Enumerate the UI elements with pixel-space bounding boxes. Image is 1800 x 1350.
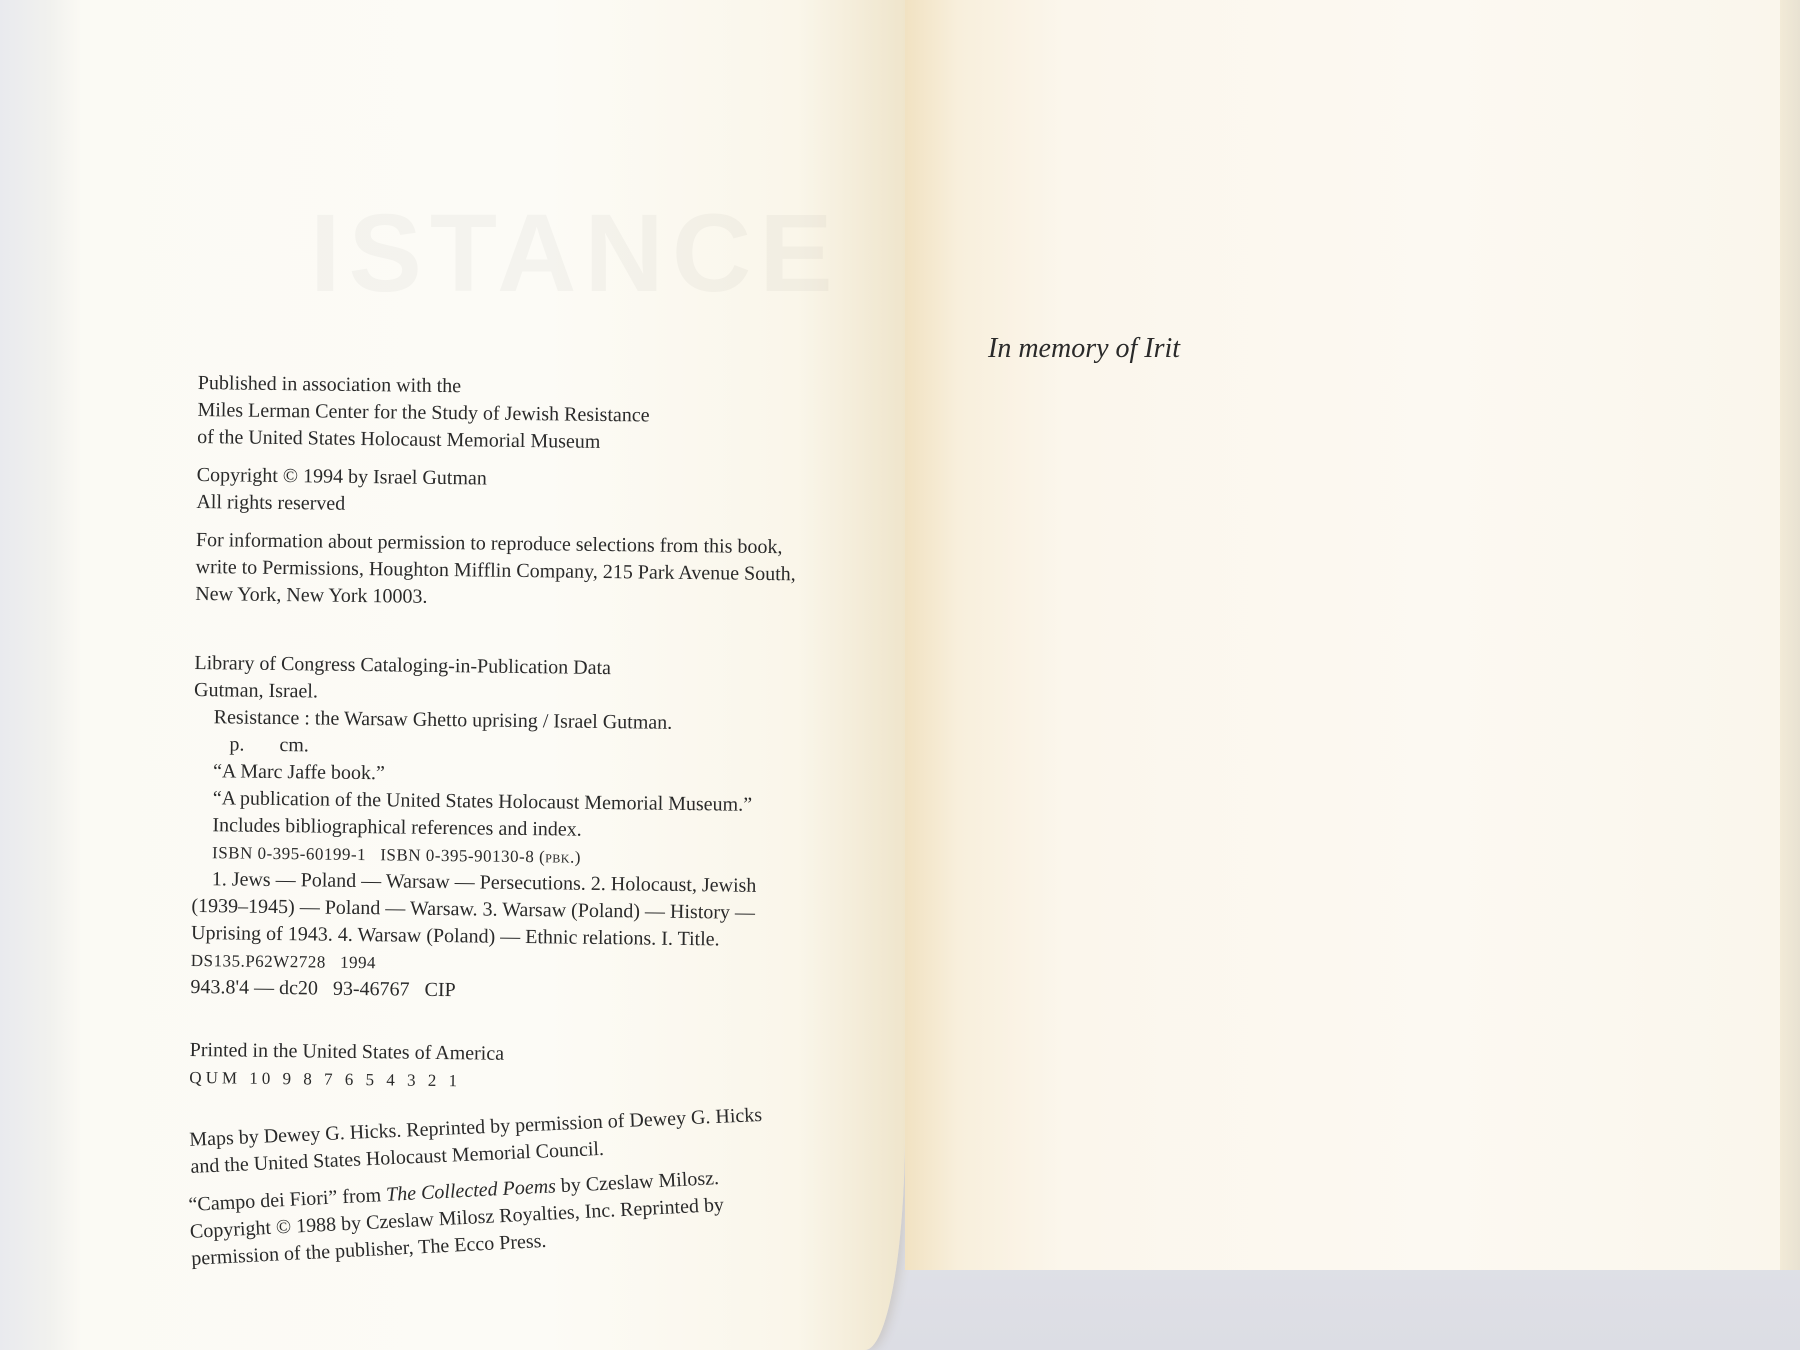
show-through-title: ISTANCE [310, 190, 790, 320]
cip-data: Library of Congress Cataloging-in-Public… [190, 650, 894, 1010]
copyright-notice: Copyright © 1994 by Israel Gutman All ri… [196, 462, 897, 525]
dedication: In memory of Irit [988, 333, 1180, 365]
left-page-curl-shadow [0, 0, 82, 1350]
right-page-edge [1780, 0, 1800, 1270]
permissions-notice: For information about permission to repr… [195, 527, 896, 617]
printing-info: Printed in the United States of America … [189, 1037, 890, 1100]
left-page-copyright: ISTANCE Published in association with th… [0, 0, 905, 1350]
copyright-block: Published in association with the Miles … [187, 370, 898, 1292]
right-page-dedication: ░░░░░░░░░░░░░░░░░░░░░░░░░░░░░░░░░░░░░░░░… [905, 0, 1795, 1270]
association-statement: Published in association with the Miles … [197, 370, 898, 460]
